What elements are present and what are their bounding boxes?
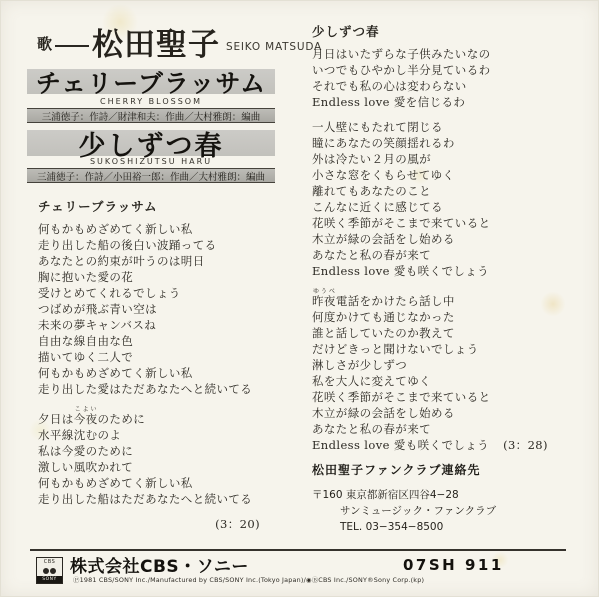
- track-duration: (3：28): [503, 438, 548, 452]
- lyric-line: 何度かけても通じなかった: [312, 309, 580, 325]
- cbs-sony-logo: CBS SONY: [36, 557, 63, 584]
- lyric-line: 昨夜ゆうべ電話をかけたら話し中: [312, 288, 580, 309]
- lyrics-heading-1: チェリーブラッサム: [38, 197, 262, 215]
- lyric-line: 外は冷たい２月の風が: [312, 151, 580, 167]
- lyric-line: あなたと私の春が来て: [312, 247, 580, 263]
- song-1-credits: 三浦徳子：作詩／財津和夫：作曲／大村雅朗：編曲: [27, 108, 275, 123]
- lyric-line: こんなに近くに感じてる: [312, 199, 580, 215]
- lyric-line: 夕日は今夜こよいのために: [38, 406, 262, 427]
- lyric-line: それでも私の心は変わらない: [312, 78, 580, 94]
- lyric-line: 何もかもめざめてく新しい私: [38, 475, 262, 491]
- lyric-stanza: 月日はいたずらな子供みたいなのいつでもひやかし半分見ているわそれでも私の心は変わ…: [312, 46, 580, 110]
- lyric-stanza: 夕日は今夜こよいのために水平線沈むのよ私は今愛のために激しい風吹かれて何もかもめ…: [38, 406, 262, 507]
- lyric-line: 走り出した船の後白い波踊ってる: [38, 237, 262, 253]
- lyric-line: 描いてゆく二人で: [38, 349, 262, 365]
- lyrics-heading-2: 少しずつ春: [312, 22, 580, 40]
- copyright-fine-print: Ⓟ1981 CBS/SONY Inc./Manufactured by CBS/…: [73, 575, 424, 584]
- lyric-line: 花咲く季節がそこまで来ていると: [312, 389, 580, 405]
- lyric-line: 誰と話していたのか教えて: [312, 325, 580, 341]
- lyric-line: 何もかもめざめてく新しい私: [38, 221, 262, 237]
- lyric-line: 木立が緑の会話をし始める: [312, 405, 580, 421]
- lyric-line: 木立が緑の会話をし始める: [312, 231, 580, 247]
- catalog-number: 07SH 911: [403, 556, 504, 574]
- lyric-line: 胸に抱いた愛の花: [38, 269, 262, 285]
- lyric-line: 自由な線自由な色: [38, 333, 262, 349]
- lyric-line: 走り出した船はただあなたへと続いてる: [38, 491, 262, 507]
- lyric-line: 瞳にあなたの笑顔揺れるわ: [312, 135, 580, 151]
- track-duration: (3：20): [38, 516, 262, 532]
- lyric-line: いつでもひやかし半分見ているわ: [312, 62, 580, 78]
- cbs-eye-icon: [43, 568, 56, 574]
- lyric-line: 何もかもめざめてく新しい私: [38, 365, 262, 381]
- song-title-1-romaji: CHERRY BLOSSOM: [27, 97, 275, 106]
- song-2-credits: 三浦徳子：作詩／小田裕一郎：作曲／大村雅朗：編曲: [27, 168, 275, 183]
- vocal-label: 歌: [37, 33, 52, 61]
- company-name: 株式会社CBS・ソニー: [70, 552, 249, 577]
- lyric-line: 私は今愛のために: [38, 443, 262, 459]
- lyrics-column-cherry-blossom: チェリーブラッサム 何もかもめざめてく新しい私走り出した船の後白い波踊ってるあな…: [38, 197, 262, 532]
- lyric-stanza: 一人壁にもたれて閉じる瞳にあなたの笑顔揺れるわ外は冷たい２月の風が小さな窓をくも…: [312, 119, 580, 279]
- cbs-logo-text: CBS: [44, 559, 56, 565]
- lyric-line: Endless love 愛を信じるわ: [312, 94, 580, 110]
- artist-name: 松田聖子: [92, 30, 220, 61]
- lyric-line: Endless love 愛も咲くでしょう: [312, 263, 580, 279]
- artist-header: 歌 松田聖子 SEIKO MATSUDA: [37, 30, 322, 61]
- lyric-line: あなたとの約束が叶うのは明日: [38, 253, 262, 269]
- lyric-line: つばめが飛ぶ青い空は: [38, 301, 262, 317]
- lyric-stanza: 昨夜ゆうべ電話をかけたら話し中何度かけても通じなかった誰と話していたのか教えてだ…: [312, 288, 580, 453]
- song-title-2-romaji: SUKOSHIZUTSU HARU: [27, 157, 275, 166]
- lyric-line: 水平線沈むのよ: [38, 427, 262, 443]
- lyrics-body-2: 月日はいたずらな子供みたいなのいつでもひやかし半分見ているわそれでも私の心は変わ…: [312, 46, 580, 453]
- lyric-line: 未来の夢キャンバスね: [38, 317, 262, 333]
- footer-divider-rule: [30, 549, 566, 551]
- artist-name-romaji: SEIKO MATSUDA: [220, 41, 322, 61]
- lyric-line: 走り出した愛はただあなたへと続いてる: [38, 381, 262, 397]
- lyric-line: 月日はいたずらな子供みたいなの: [312, 46, 580, 62]
- title-band-sukoshizutsu-haru: 少しずつ春: [27, 130, 275, 156]
- lyric-line: だけどきっと聞けないでしょう: [312, 341, 580, 357]
- fanclub-phone-line: TEL. 03−354−8500: [312, 519, 496, 535]
- lyric-line: 花咲く季節がそこまで来ていると: [312, 215, 580, 231]
- lyric-line: 小さな窓をくもらせてゆく: [312, 167, 580, 183]
- lyric-stanza: 何もかもめざめてく新しい私走り出した船の後白い波踊ってるあなたとの約束が叶うのは…: [38, 221, 262, 397]
- title-band-cherry-blossom: チェリーブラッサム: [27, 69, 275, 94]
- fanclub-address-line: 〒160 東京都新宿区四谷4−28: [312, 487, 496, 503]
- fanclub-address-line: サンミュージック・ファンクラブ: [312, 503, 496, 519]
- song-title-1: チェリーブラッサム: [36, 64, 266, 100]
- lyric-line: Endless love 愛も咲くでしょう(3：28): [312, 437, 580, 453]
- lyric-line: あなたと私の春が来て: [312, 421, 580, 437]
- fanclub-address: 〒160 東京都新宿区四谷4−28 サンミュージック・ファンクラブ TEL. 0…: [312, 487, 496, 535]
- lyric-line: 一人壁にもたれて閉じる: [312, 119, 580, 135]
- sony-logo-text: SONY: [37, 576, 62, 583]
- artist-dash-rule: [55, 45, 89, 47]
- lyric-line: 離れてもあなたのこと: [312, 183, 580, 199]
- lyrics-column-sukoshizutsu-haru: 少しずつ春 月日はいたずらな子供みたいなのいつでもひやかし半分見ているわそれでも…: [312, 22, 580, 462]
- lyric-line: 私を大人に変えてゆく: [312, 373, 580, 389]
- lyric-line: 受けとめてくれるでしょう: [38, 285, 262, 301]
- fanclub-heading: 松田聖子ファンクラブ連絡先: [312, 461, 496, 478]
- lyric-line: 激しい風吹かれて: [38, 459, 262, 475]
- fanclub-block: 松田聖子ファンクラブ連絡先 〒160 東京都新宿区四谷4−28 サンミュージック…: [312, 461, 496, 535]
- lyrics-body-1: 何もかもめざめてく新しい私走り出した船の後白い波踊ってるあなたとの約束が叶うのは…: [38, 221, 262, 532]
- lyric-line: 淋しさが少しずつ: [312, 357, 580, 373]
